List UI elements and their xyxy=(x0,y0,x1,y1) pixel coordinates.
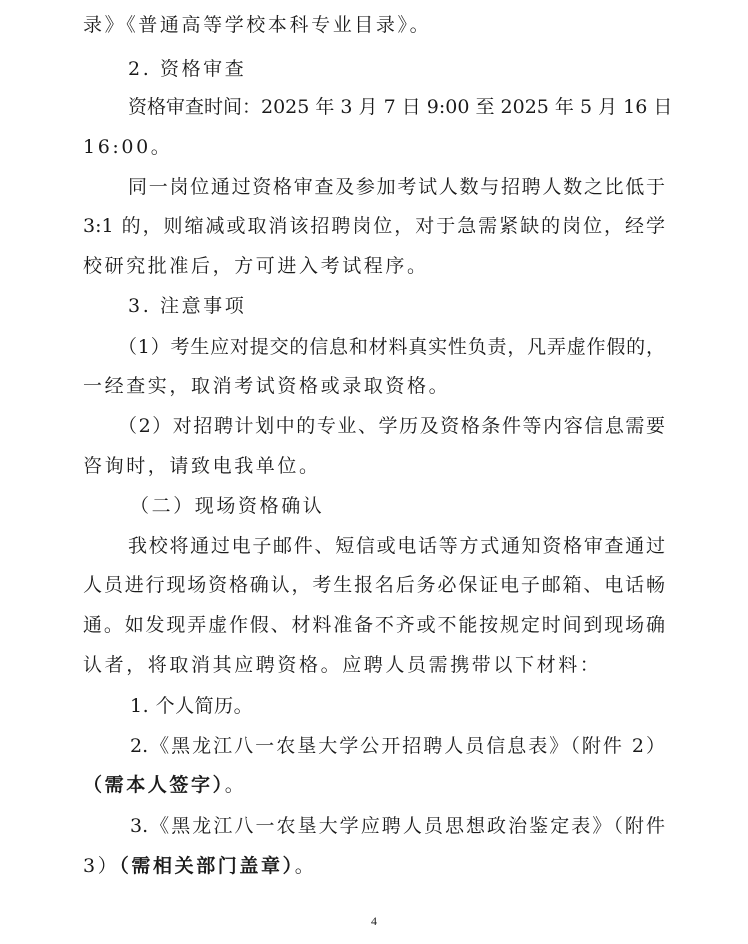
section-heading-notes: 3. 注意事项 xyxy=(128,294,665,318)
text-line: 认者，将取消其应聘资格。应聘人员需携带以下材料： xyxy=(83,653,665,677)
list-item-political-form: 3.《黑龙江八一农垦大学应聘人员思想政治鉴定表》（附件 xyxy=(130,814,665,838)
text-span: 3） xyxy=(83,855,119,877)
text-line: 资格审查时间：2025 年 3 月 7 日 9:00 至 2025 年 5 月 … xyxy=(128,95,665,119)
text-span: 。 xyxy=(225,774,247,796)
text-line: 3）（需相关部门盖章）。 xyxy=(83,854,665,878)
bold-note: （需相关部门盖章） xyxy=(119,855,294,877)
document-page: 录》《普通高等学校本科专业目录》。 2. 资格审查 资格审查时间：2025 年 … xyxy=(0,0,748,944)
text-span: 。 xyxy=(295,855,317,877)
text-line: 3:1 的，则缩减或取消该招聘岗位，对于急需紧缺的岗位，经学 xyxy=(83,214,665,238)
list-item-info-form: 2.《黑龙江八一农垦大学公开招聘人员信息表》（附件 2） xyxy=(130,734,665,758)
text-line: （需本人签字）。 xyxy=(83,773,665,797)
text-line: 咨询时，请致电我单位。 xyxy=(83,454,665,478)
text-line: 通。如发现弄虚作假、材料准备不齐或不能按规定时间到现场确 xyxy=(83,613,665,637)
page-number: 4 xyxy=(0,914,748,929)
section-heading-qualification-review: 2. 资格审查 xyxy=(128,57,665,81)
text-line: 校研究批准后，方可进入考试程序。 xyxy=(83,254,665,278)
list-item-resume: 1. 个人简历。 xyxy=(130,694,665,718)
text-line: （1）考生应对提交的信息和材料真实性负责，凡弄虚作假的， xyxy=(118,335,665,359)
text-line: 录》《普通高等学校本科专业目录》。 xyxy=(83,13,665,37)
bold-note: （需本人签字） xyxy=(83,774,225,796)
text-line: （2）对招聘计划中的专业、学历及资格条件等内容信息需要 xyxy=(118,414,665,438)
text-line: 16:00。 xyxy=(83,135,665,159)
text-line: 我校将通过电子邮件、短信或电话等方式通知资格审查通过 xyxy=(128,534,665,558)
text-line: 一经查实，取消考试资格或录取资格。 xyxy=(83,374,665,398)
text-line: 人员进行现场资格确认，考生报名后务必保证电子邮箱、电话畅 xyxy=(83,573,665,597)
section-heading-onsite-confirmation: （二）现场资格确认 xyxy=(130,494,665,518)
text-line: 同一岗位通过资格审查及参加考试人数与招聘人数之比低于 xyxy=(128,175,665,199)
